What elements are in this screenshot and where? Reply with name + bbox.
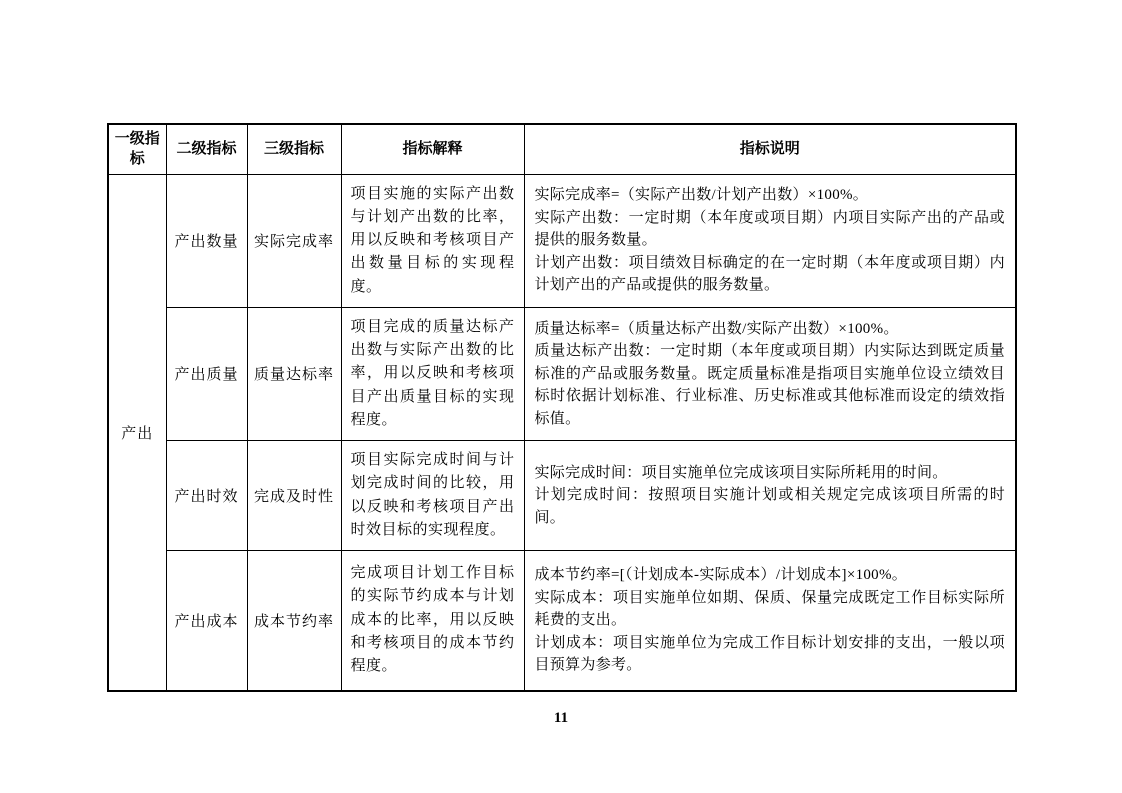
- description-cell: 质量达标率=（质量达标产出数/实际产出数）×100%。 质量达标产出数：一定时期…: [524, 307, 1016, 440]
- description-line: 实际产出数：一定时期（本年度或项目期）内项目实际产出的产品或提供的服务数量。: [535, 207, 1006, 252]
- description-line: 实际完成率=（实际产出数/计划产出数）×100%。: [535, 184, 1006, 207]
- table-row-output-quantity: 产出 产出数量 实际完成率 项目实施的实际产出数与计划产出数的比率，用以反映和考…: [108, 174, 1016, 307]
- level2-cell: 产出数量: [166, 174, 247, 307]
- level1-cell-output: 产出: [108, 174, 166, 691]
- description-line: 质量达标产出数：一定时期（本年度或项目期）内实际达到既定质量标准的产品或服务数量…: [535, 340, 1006, 430]
- table-header-row: 一级指标 二级指标 三级指标 指标解释 指标说明: [108, 124, 1016, 174]
- indicator-table: 一级指标 二级指标 三级指标 指标解释 指标说明 产出 产出数量 实际完成率 项…: [107, 123, 1017, 692]
- description-line: 计划产出数：项目绩效目标确定的在一定时期（本年度或项目期）内计划产出的产品或提供…: [535, 252, 1006, 297]
- description-line: 成本节约率=[（计划成本-实际成本）/计划成本]×100%。: [535, 564, 1006, 587]
- description-line: 实际成本：项目实施单位如期、保质、保量完成既定工作目标实际所耗费的支出。: [535, 587, 1006, 632]
- level2-cell: 产出时效: [166, 441, 247, 551]
- table-row-output-quality: 产出质量 质量达标率 项目完成的质量达标产出数与实际产出数的比率，用以反映和考核…: [108, 307, 1016, 440]
- document-page: 一级指标 二级指标 三级指标 指标解释 指标说明 产出 产出数量 实际完成率 项…: [0, 0, 1122, 793]
- level3-cell: 质量达标率: [247, 307, 341, 440]
- col-header-indicator-explanation: 指标解释: [341, 124, 524, 174]
- explanation-cell: 完成项目计划工作目标的实际节约成本与计划成本的比率，用以反映和考核项目的成本节约…: [341, 551, 524, 691]
- level3-cell: 完成及时性: [247, 441, 341, 551]
- explanation-cell: 项目实际完成时间与计划完成时间的比较，用以反映和考核项目产出时效目标的实现程度。: [341, 441, 524, 551]
- description-line: 质量达标率=（质量达标产出数/实际产出数）×100%。: [535, 318, 1006, 341]
- explanation-cell: 项目实施的实际产出数与计划产出数的比率，用以反映和考核项目产出数量目标的实现程度…: [341, 174, 524, 307]
- level2-cell: 产出成本: [166, 551, 247, 691]
- level3-cell: 成本节约率: [247, 551, 341, 691]
- table-row-output-timeliness: 产出时效 完成及时性 项目实际完成时间与计划完成时间的比较，用以反映和考核项目产…: [108, 441, 1016, 551]
- table-row-output-cost: 产出成本 成本节约率 完成项目计划工作目标的实际节约成本与计划成本的比率，用以反…: [108, 551, 1016, 691]
- description-line: 计划成本：项目实施单位为完成工作目标计划安排的支出，一般以项目预算为参考。: [535, 632, 1006, 677]
- explanation-cell: 项目完成的质量达标产出数与实际产出数的比率，用以反映和考核项目产出质量目标的实现…: [341, 307, 524, 440]
- description-line: 实际完成时间：项目实施单位完成该项目实际所耗用的时间。: [535, 462, 1006, 485]
- description-cell: 实际完成时间：项目实施单位完成该项目实际所耗用的时间。 计划完成时间：按照项目实…: [524, 441, 1016, 551]
- col-header-indicator-description: 指标说明: [524, 124, 1016, 174]
- col-header-level3-indicator: 三级指标: [247, 124, 341, 174]
- col-header-level1-indicator: 一级指标: [108, 124, 166, 174]
- page-number: 11: [107, 710, 1015, 727]
- level2-cell: 产出质量: [166, 307, 247, 440]
- description-cell: 实际完成率=（实际产出数/计划产出数）×100%。 实际产出数：一定时期（本年度…: [524, 174, 1016, 307]
- description-line: 计划完成时间：按照项目实施计划或相关规定完成该项目所需的时间。: [535, 484, 1006, 529]
- level3-cell: 实际完成率: [247, 174, 341, 307]
- col-header-level2-indicator: 二级指标: [166, 124, 247, 174]
- description-cell: 成本节约率=[（计划成本-实际成本）/计划成本]×100%。 实际成本：项目实施…: [524, 551, 1016, 691]
